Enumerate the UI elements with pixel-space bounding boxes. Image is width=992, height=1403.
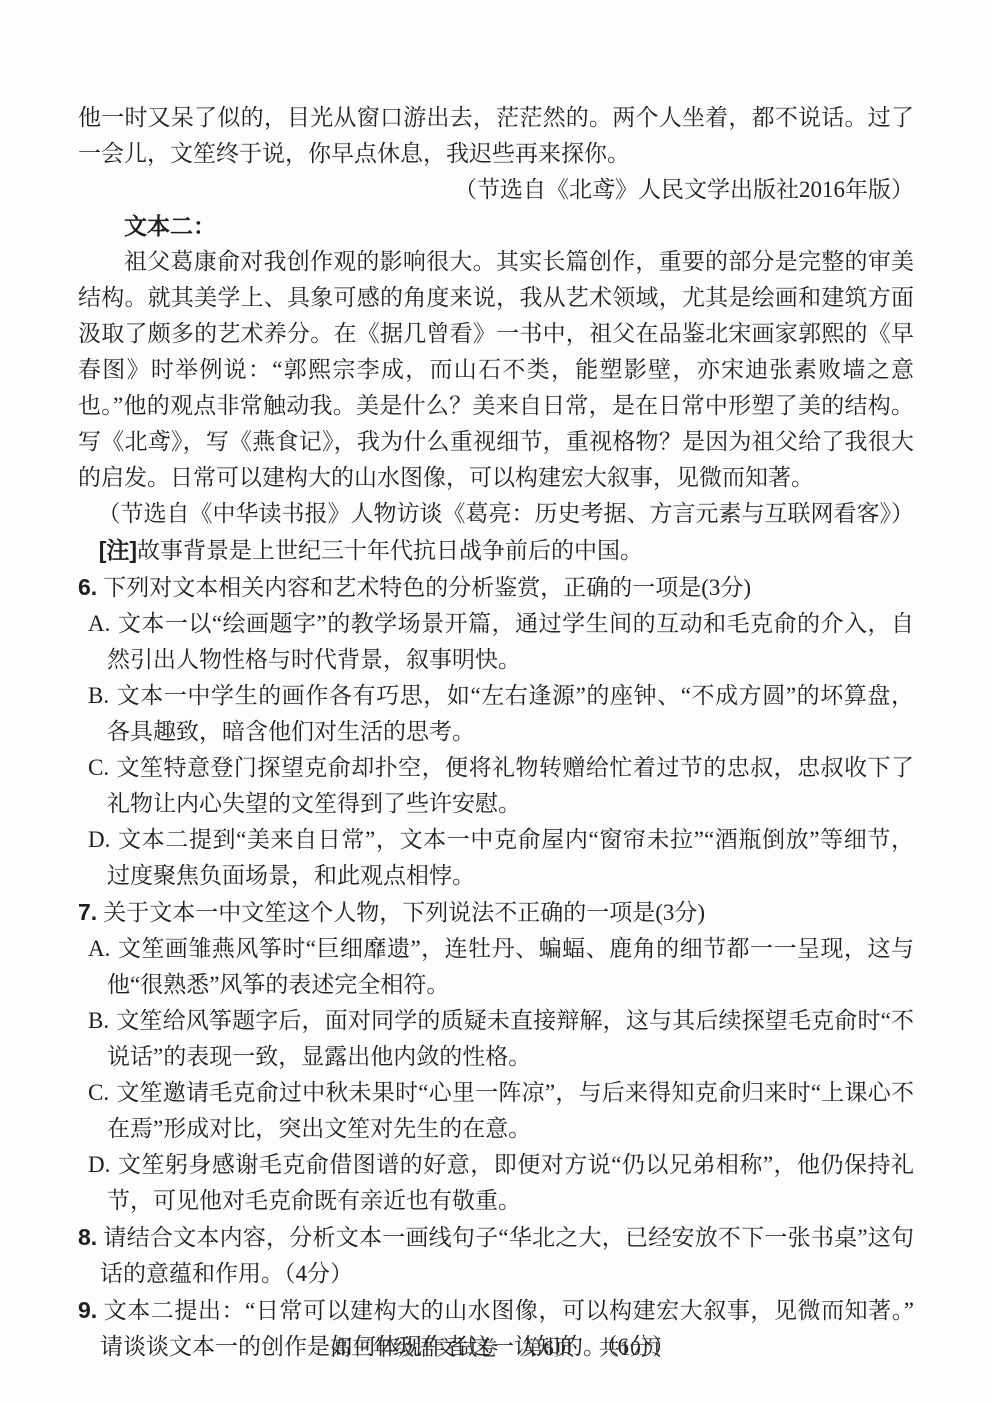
question-6-option-b: B.文本一中学生的画作各有巧思，如“左右逢源”的座钟、“不成方圆”的坏算盘，各具… (78, 678, 914, 750)
option-label-b: B. (88, 1008, 109, 1033)
question-8-number: 8. (78, 1224, 97, 1250)
option-text-b: 文本一中学生的画作各有巧思，如“左右逢源”的座钟、“不成方圆”的坏算盘，各具趣致… (107, 683, 914, 744)
question-7-stem: 7.关于文本一中文笙这个人物，下列说法不正确的一项是(3分) (78, 894, 914, 931)
text2-heading: 文本二： (78, 208, 914, 244)
question-9-number: 9. (78, 1297, 97, 1323)
footer-exam-title: 高三年级语文试卷 (330, 1333, 498, 1363)
question-7-option-a: A.文笙画雏燕风筝时“巨细靡遗”，连牡丹、蝙蝠、鹿角的细节都一一呈现，这与他“很… (78, 931, 914, 1003)
note-line: [注]故事背景是上世纪三十年代抗日战争前后的中国。 (78, 532, 914, 569)
option-text-c: 文笙特意登门探望克俞却扑空，便将礼物转赠给忙着过节的忠叔，忠叔收下了礼物让内心失… (107, 755, 914, 816)
question-7-stem-text: 关于文本一中文笙这个人物，下列说法不正确的一项是(3分) (103, 900, 705, 925)
option-label-c: C. (88, 755, 109, 780)
option-text-c: 文笙邀请毛克俞过中秋未果时“心里一阵凉”，与后来得知克俞归来时“上课心不在焉”形… (107, 1080, 914, 1141)
question-8-stem-text: 请结合文本内容，分析文本一画线句子“华北之大，已经安放不下一张书桌”这句话的意蕴… (100, 1225, 914, 1286)
question-7: 7.关于文本一中文笙这个人物，下列说法不正确的一项是(3分) A.文笙画雏燕风筝… (78, 894, 914, 1219)
option-label-d: D. (88, 1152, 110, 1177)
question-7-option-b: B.文笙给风筝题字后，面对同学的质疑未直接辩解，这与其后续探望毛克俞时“不说话”… (78, 1003, 914, 1075)
page-footer: 高三年级语文试卷 第6页 共10页 (0, 1333, 992, 1363)
exam-paper-page: 他一时又呆了似的，目光从窗口游出去，茫茫然的。两个人坐着，都不说话。过了一会儿，… (0, 0, 992, 1403)
option-text-d: 文本二提到“美来自日常”，文本一中克俞屋内“窗帘未拉”“酒瓶倒放”等细节，过度聚… (107, 827, 914, 888)
option-label-a: A. (88, 936, 110, 961)
option-text-b: 文笙给风筝题字后，面对同学的质疑未直接辩解，这与其后续探望毛克俞时“不说话”的表… (107, 1008, 914, 1069)
source-citation-beiyuan: （节选自《北鸢》人民文学出版社2016年版） (78, 172, 914, 208)
question-6-stem: 6.下列对文本相关内容和艺术特色的分析鉴赏，正确的一项是(3分) (78, 569, 914, 606)
question-6-option-d: D.文本二提到“美来自日常”，文本一中克俞屋内“窗帘未拉”“酒瓶倒放”等细节，过… (78, 822, 914, 894)
question-7-option-c: C.文笙邀请毛克俞过中秋未果时“心里一阵凉”，与后来得知克俞归来时“上课心不在焉… (78, 1075, 914, 1147)
question-6-option-c: C.文笙特意登门探望克俞却扑空，便将礼物转赠给忙着过节的忠叔，忠叔收下了礼物让内… (78, 750, 914, 822)
question-6-option-a: A.文本一以“绘画题字”的教学场景开篇，通过学生间的互动和毛克俞的介入，自然引出… (78, 606, 914, 678)
option-label-a: A. (88, 611, 110, 636)
question-6-number: 6. (78, 574, 97, 600)
continuation-paragraph: 他一时又呆了似的，目光从窗口游出去，茫茫然的。两个人坐着，都不说话。过了一会儿，… (78, 100, 914, 172)
question-6: 6.下列对文本相关内容和艺术特色的分析鉴赏，正确的一项是(3分) A.文本一以“… (78, 569, 914, 894)
question-8-stem: 8.请结合文本内容，分析文本一画线句子“华北之大，已经安放不下一张书桌”这句话的… (78, 1219, 914, 1292)
note-text: 故事背景是上世纪三十年代抗日战争前后的中国。 (137, 538, 643, 563)
option-label-d: D. (88, 827, 110, 852)
question-7-number: 7. (78, 899, 97, 925)
footer-page-number: 第6页 (522, 1333, 575, 1363)
footer-total-pages: 共10页 (599, 1333, 662, 1363)
option-text-d: 文笙躬身感谢毛克俞借图谱的好意，即便对方说“仍以兄弟相称”，他仍保持礼节，可见他… (107, 1152, 914, 1213)
option-label-b: B. (88, 683, 109, 708)
question-6-stem-text: 下列对文本相关内容和艺术特色的分析鉴赏，正确的一项是(3分) (103, 575, 751, 600)
question-7-option-d: D.文笙躬身感谢毛克俞借图谱的好意，即便对方说“仍以兄弟相称”，他仍保持礼节，可… (78, 1147, 914, 1219)
option-text-a: 文本一以“绘画题字”的教学场景开篇，通过学生间的互动和毛克俞的介入，自然引出人物… (107, 611, 914, 672)
source-citation-interview: （节选自《中华读书报》人物访谈《葛亮：历史考据、方言元素与互联网看客》） (78, 496, 914, 532)
note-label: [注] (99, 537, 137, 563)
option-label-c: C. (88, 1080, 109, 1105)
text2-paragraph: 祖父葛康俞对我创作观的影响很大。其实长篇创作，重要的部分是完整的审美结构。就其美… (78, 244, 914, 496)
option-text-a: 文笙画雏燕风筝时“巨细靡遗”，连牡丹、蝙蝠、鹿角的细节都一一呈现，这与他“很熟悉… (107, 936, 914, 997)
page-content: 他一时又呆了似的，目光从窗口游出去，茫茫然的。两个人坐着，都不说话。过了一会儿，… (78, 100, 914, 1365)
